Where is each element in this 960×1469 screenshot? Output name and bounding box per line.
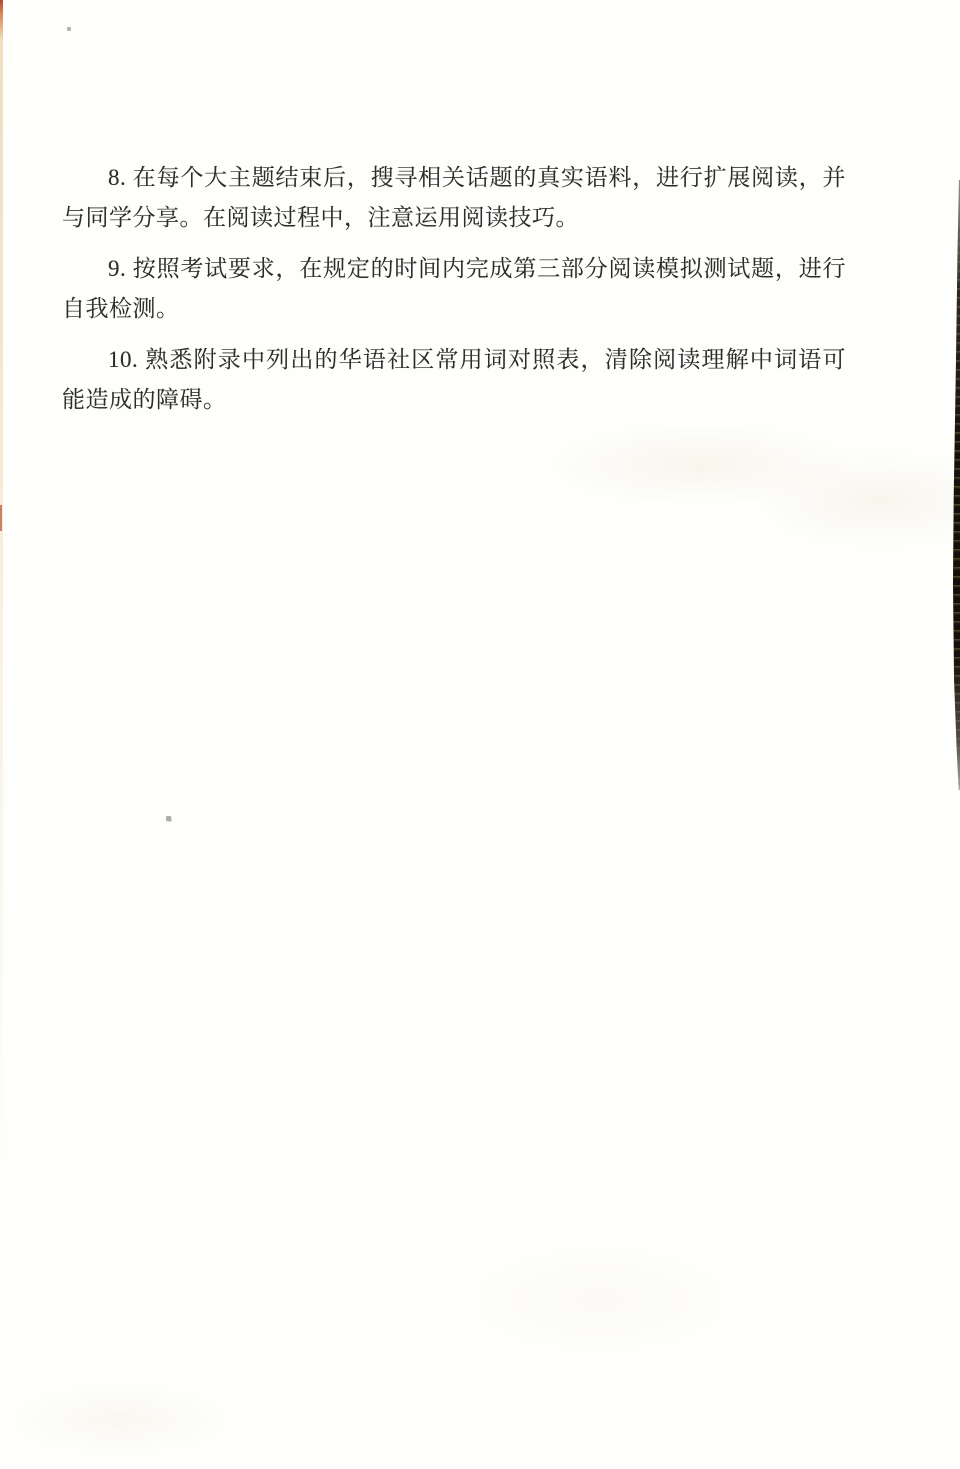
list-item-10: 10. 熟悉附录中列出的华语社区常用词对照表，清除阅读理解中词语可能造成的障碍。	[62, 340, 846, 420]
page-edge-red-dash	[0, 505, 2, 531]
body-text: 8. 在每个大主题结束后，搜寻相关话题的真实语料，进行扩展阅读，并与同学分享。在…	[62, 158, 846, 431]
list-item-9: 9. 按照考试要求，在规定的时间内完成第三部分阅读模拟测试题，进行自我检测。	[62, 249, 846, 329]
scan-speck	[67, 27, 71, 31]
scan-speck	[166, 816, 171, 821]
page-edge-line	[0, 0, 3, 1180]
list-item-8: 8. 在每个大主题结束后，搜寻相关话题的真实语料，进行扩展阅读，并与同学分享。在…	[62, 158, 846, 238]
